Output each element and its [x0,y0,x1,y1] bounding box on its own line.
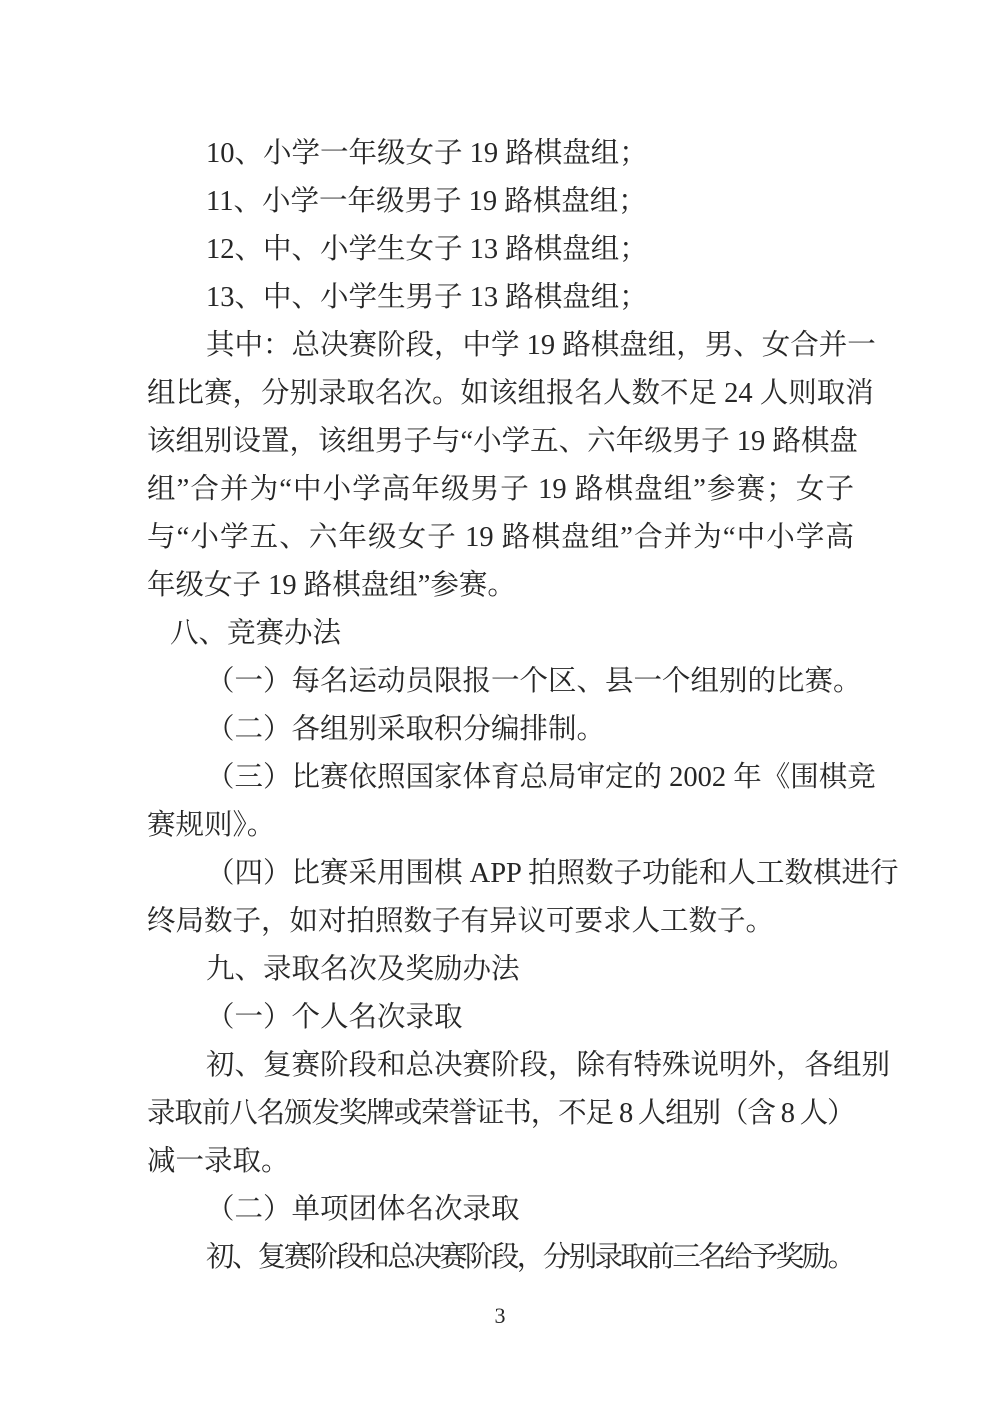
text-line: 该组别设置，该组男子与“小学五、六年级男子 19 路棋盘 [147,418,854,466]
text-line: 录取前八名颁发奖牌或荣誉证书，不足 8 人组别（含 8 人） [147,1090,854,1138]
text-line: 九、录取名次及奖励办法 [147,946,854,994]
text-line: 其中：总决赛阶段，中学 19 路棋盘组，男、女合并一 [147,322,854,370]
text-line: 10、小学一年级女子 19 路棋盘组； [147,130,854,178]
text-line: 终局数子，如对拍照数子有异议可要求人工数子。 [147,898,854,946]
text-line: 初、复赛阶段和总决赛阶段，分别录取前三名给予奖励。 [147,1234,854,1282]
text-line: 八、竞赛办法 [147,610,854,658]
paragraph: 12、中、小学生女子 13 路棋盘组； [147,226,854,274]
paragraph: （一）个人名次录取 [147,994,854,1042]
text-line: 11、小学一年级男子 19 路棋盘组； [147,178,854,226]
document-body: 10、小学一年级女子 19 路棋盘组；11、小学一年级男子 19 路棋盘组；12… [147,130,854,1282]
text-line: 年级女子 19 路棋盘组”参赛。 [147,562,854,610]
text-line: （四）比赛采用围棋 APP 拍照数子功能和人工数棋进行 [147,850,854,898]
text-line: （一）每名运动员限报一个区、县一个组别的比赛。 [147,658,854,706]
document-page: 10、小学一年级女子 19 路棋盘组；11、小学一年级男子 19 路棋盘组；12… [0,0,1000,1414]
text-line: 初、复赛阶段和总决赛阶段，除有特殊说明外，各组别 [147,1042,854,1090]
paragraph: 10、小学一年级女子 19 路棋盘组； [147,130,854,178]
text-line: （二）各组别采取积分编排制。 [147,706,854,754]
text-line: 赛规则》。 [147,802,854,850]
paragraph: （一）每名运动员限报一个区、县一个组别的比赛。 [147,658,854,706]
paragraph: 其中：总决赛阶段，中学 19 路棋盘组，男、女合并一组比赛，分别录取名次。如该组… [147,322,854,610]
paragraph: 11、小学一年级男子 19 路棋盘组； [147,178,854,226]
paragraph: （四）比赛采用围棋 APP 拍照数子功能和人工数棋进行终局数子，如对拍照数子有异… [147,850,854,946]
paragraph: （二）各组别采取积分编排制。 [147,706,854,754]
paragraph: （三）比赛依照国家体育总局审定的 2002 年《围棋竞赛规则》。 [147,754,854,850]
text-line: 组”合并为“中小学高年级男子 19 路棋盘组”参赛；女子 [147,466,854,514]
paragraph: 初、复赛阶段和总决赛阶段，除有特殊说明外，各组别录取前八名颁发奖牌或荣誉证书，不… [147,1042,854,1186]
page-number: 3 [0,1302,1000,1330]
text-line: （二）单项团体名次录取 [147,1186,854,1234]
text-line: （三）比赛依照国家体育总局审定的 2002 年《围棋竞 [147,754,854,802]
text-line: 13、中、小学生男子 13 路棋盘组； [147,274,854,322]
paragraph: 初、复赛阶段和总决赛阶段，分别录取前三名给予奖励。 [147,1234,854,1282]
text-line: 组比赛，分别录取名次。如该组报名人数不足 24 人则取消 [147,370,854,418]
paragraph: 八、竞赛办法 [147,610,854,658]
text-line: 12、中、小学生女子 13 路棋盘组； [147,226,854,274]
paragraph: （二）单项团体名次录取 [147,1186,854,1234]
text-line: 减一录取。 [147,1138,854,1186]
paragraph: 九、录取名次及奖励办法 [147,946,854,994]
text-line: （一）个人名次录取 [147,994,854,1042]
paragraph: 13、中、小学生男子 13 路棋盘组； [147,274,854,322]
text-line: 与“小学五、六年级女子 19 路棋盘组”合并为“中小学高 [147,514,854,562]
